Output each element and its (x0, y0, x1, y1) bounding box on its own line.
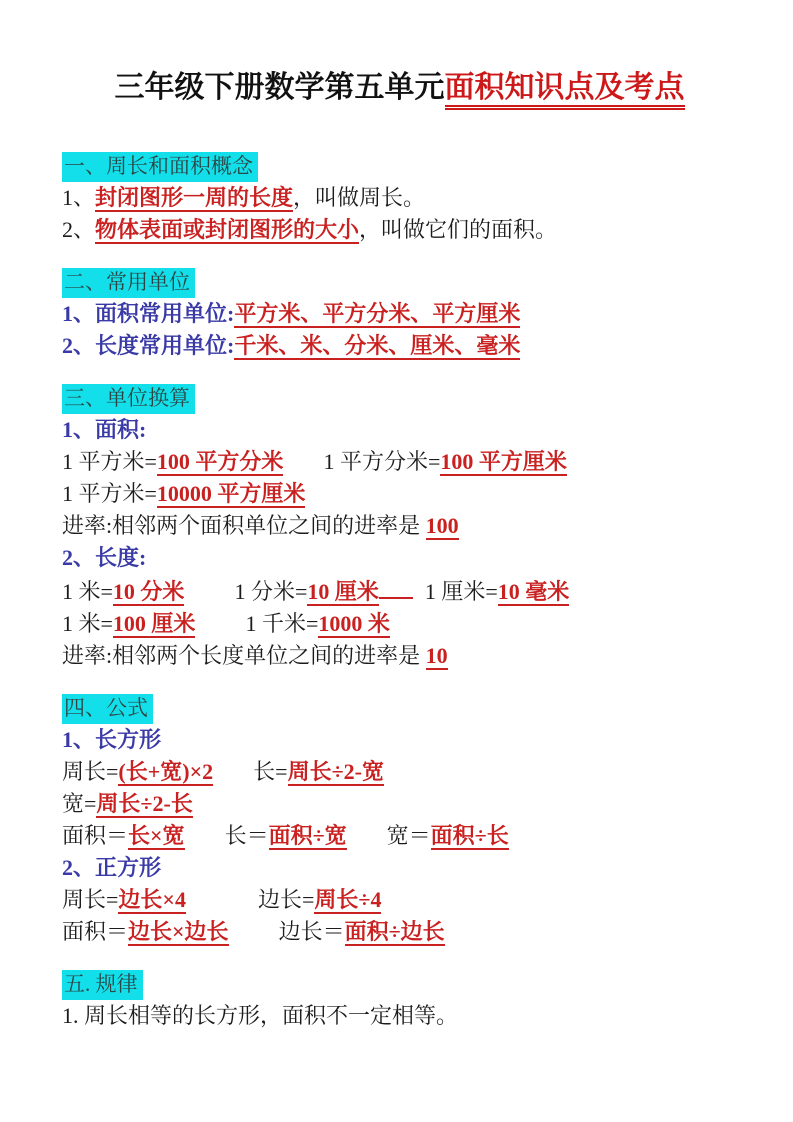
conversion-value: 1000 米 (318, 611, 390, 638)
text-segment: 1 千米= (245, 611, 318, 636)
section-heading: 一、周长和面积概念 (62, 152, 258, 182)
heading-line: 二、常用单位 (62, 266, 737, 298)
formula-value: 面积÷边长 (345, 919, 445, 946)
section-heading: 五. 规律 (62, 970, 143, 1000)
formula-value: 面积÷宽 (269, 823, 347, 850)
heading-line: 五. 规律 (62, 968, 737, 1000)
text-segment: 1 平方米= (62, 481, 157, 506)
subheading-segment: 2、长度常用单位: (62, 333, 234, 358)
section-heading: 四、公式 (62, 694, 153, 724)
text-line: 周长=(长+宽)×2长=周长÷2-宽 (62, 756, 737, 788)
conversion-value: 10000 平方厘米 (157, 481, 306, 508)
text-line: 进率:相邻两个长度单位之间的进率是 10 (62, 640, 737, 672)
text-segment: 1. 周长相等的长方形，面积不一定相等。 (62, 1003, 458, 1028)
text-line: 1、面积: (62, 414, 737, 446)
text-line: 面积＝长×宽长＝面积÷宽宽＝面积÷长 (62, 820, 737, 852)
section-perimeter-area-concepts: 一、周长和面积概念 1、封闭图形一周的长度，叫做周长。 2、物体表面或封闭图形的… (62, 150, 737, 246)
heading-line: 四、公式 (62, 692, 737, 724)
text-line: 1 米=10 分米1 分米=10 厘米1 厘米=10 毫米 (62, 574, 737, 608)
formula-value: 周长÷4 (314, 887, 381, 914)
text-line: 宽=周长÷2-长 (62, 788, 737, 820)
heading-line: 三、单位换算 (62, 382, 737, 414)
text-segment: 边长= (258, 887, 314, 912)
text-segment: 进率:相邻两个面积单位之间的进率是 (62, 513, 426, 538)
text-segment: 1 平方米= (62, 449, 157, 474)
formula-value: (长+宽)×2 (118, 759, 213, 786)
text-segment: 面积＝ (62, 823, 128, 848)
formula-value: 边长×4 (118, 887, 186, 914)
text-line: 周长=边长×4边长=周长÷4 (62, 884, 737, 916)
key-term: 封闭图形一周的长度 (95, 185, 293, 212)
text-segment: 1 平方分米= (323, 449, 440, 474)
conversion-value: 10 分米 (113, 579, 185, 606)
conversion-value: 100 (426, 513, 459, 540)
text-segment: 进率:相邻两个长度单位之间的进率是 (62, 643, 426, 668)
text-line: 1 平方米=10000 平方厘米 (62, 478, 737, 510)
key-term: 平方米、平方分米、平方厘米 (234, 301, 520, 328)
section-common-units: 二、常用单位 1、面积常用单位:平方米、平方分米、平方厘米 2、长度常用单位:千… (62, 266, 737, 362)
key-term: 千米、米、分米、厘米、毫米 (234, 333, 520, 360)
underline-extension (379, 574, 413, 599)
text-line: 2、物体表面或封闭图形的大小，叫做它们的面积。 (62, 214, 737, 246)
text-line: 1 平方米=100 平方分米1 平方分米=100 平方厘米 (62, 446, 737, 478)
text-segment: 1、 (62, 185, 95, 210)
title-text: 三年级下册数学第五单元 (115, 71, 445, 104)
text-line: 2、长度: (62, 542, 737, 574)
document-page: 三年级下册数学第五单元面积知识点及考点 一、周长和面积概念 1、封闭图形一周的长… (0, 0, 793, 1122)
text-segment: 周长= (62, 887, 118, 912)
heading-line: 一、周长和面积概念 (62, 150, 737, 182)
text-line: 进率:相邻两个面积单位之间的进率是 100 (62, 510, 737, 542)
text-segment: 宽= (62, 791, 96, 816)
conversion-value: 10 厘米 (307, 579, 379, 606)
text-segment: 宽＝ (387, 823, 431, 848)
formula-value: 周长÷2-宽 (288, 759, 384, 786)
text-segment: 周长= (62, 759, 118, 784)
section-unit-conversion: 三、单位换算 1、面积: 1 平方米=100 平方分米1 平方分米=100 平方… (62, 382, 737, 672)
text-segment: ，叫做周长。 (293, 185, 425, 210)
section-heading: 二、常用单位 (62, 268, 195, 298)
formula-value: 面积÷长 (431, 823, 509, 850)
conversion-value: 100 平方分米 (157, 449, 284, 476)
text-segment: 长= (253, 759, 287, 784)
text-line: 2、长度常用单位:千米、米、分米、厘米、毫米 (62, 330, 737, 362)
text-segment: 长＝ (225, 823, 269, 848)
section-rules: 五. 规律 1. 周长相等的长方形，面积不一定相等。 (62, 968, 737, 1032)
conversion-value: 100 平方厘米 (440, 449, 567, 476)
subheading-segment: 1、长方形 (62, 727, 161, 752)
subheading-segment: 2、正方形 (62, 855, 161, 880)
text-segment: 1 分米= (234, 579, 307, 604)
text-line: 1、长方形 (62, 724, 737, 756)
text-line: 1、封闭图形一周的长度，叫做周长。 (62, 182, 737, 214)
text-line: 面积＝边长×边长边长＝面积÷边长 (62, 916, 737, 948)
conversion-value: 10 (426, 643, 448, 670)
section-formulas: 四、公式 1、长方形 周长=(长+宽)×2长=周长÷2-宽 宽=周长÷2-长 面… (62, 692, 737, 948)
text-segment: ，叫做它们的面积。 (359, 217, 557, 242)
document-title: 三年级下册数学第五单元面积知识点及考点 (62, 66, 737, 110)
subheading-segment: 1、面积: (62, 417, 146, 442)
text-segment: 1 米= (62, 579, 113, 604)
formula-value: 边长×边长 (128, 919, 229, 946)
conversion-value: 100 厘米 (113, 611, 196, 638)
text-segment: 1 厘米= (425, 579, 498, 604)
text-line: 1. 周长相等的长方形，面积不一定相等。 (62, 1000, 737, 1032)
text-segment: 面积＝ (62, 919, 128, 944)
section-heading: 三、单位换算 (62, 384, 195, 414)
subheading-segment: 1、面积常用单位: (62, 301, 234, 326)
formula-value: 周长÷2-长 (96, 791, 192, 818)
text-line: 2、正方形 (62, 852, 737, 884)
text-line: 1、面积常用单位:平方米、平方分米、平方厘米 (62, 298, 737, 330)
text-line: 1 米=100 厘米1 千米=1000 米 (62, 608, 737, 640)
formula-value: 长×宽 (128, 823, 185, 850)
text-segment: 1 米= (62, 611, 113, 636)
key-term: 物体表面或封闭图形的大小 (95, 217, 359, 244)
title-highlight: 面积知识点及考点 (445, 71, 685, 110)
text-segment: 2、 (62, 217, 95, 242)
subheading-segment: 2、长度: (62, 545, 146, 570)
text-segment: 边长＝ (279, 919, 345, 944)
conversion-value: 10 毫米 (498, 579, 570, 606)
